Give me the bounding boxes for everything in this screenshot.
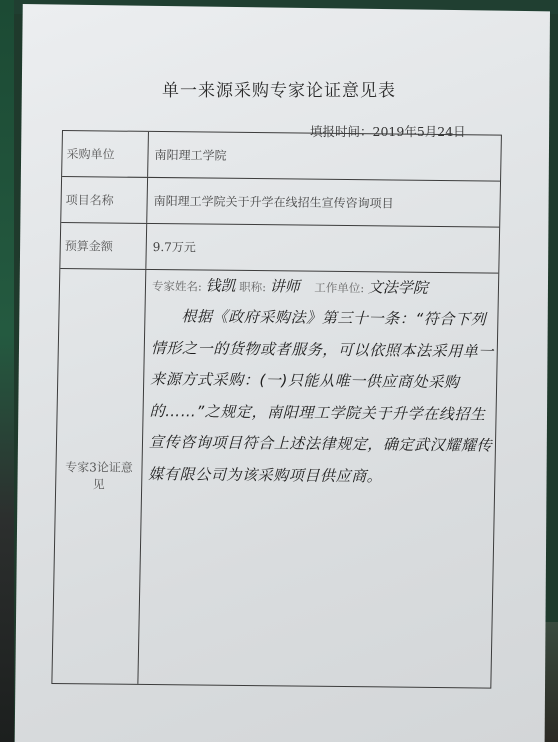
expert-name: 钱凯 [205,277,235,295]
purchasing-unit-label: 采购单位 [62,131,149,177]
expert-title-label: 职称: [239,280,266,294]
work-unit-label: 工作单位: [314,281,364,296]
expert-name-label: 专家姓名: [152,279,202,294]
row-budget: 预算金额 9.7万元 [60,223,499,274]
row-project-name: 项目名称 南阳理工学院关于升学在线招生宣传咨询项目 [61,177,500,228]
handwritten-opinion: 根据《政府采购法》第三十一条：“符合下列情形之一的货物或者服务，可以依照本法采用… [148,301,497,494]
photo-background-left [0,0,14,742]
purchasing-unit-value: 南阳理工学院 [148,132,501,181]
budget-value: 9.7万元 [146,224,499,273]
expert-info-line: 专家姓名: 钱凯 职称: 讲师 工作单位: 文法学院 [152,274,492,299]
row-expert-opinion: 专家3论证意见 专家姓名: 钱凯 职称: 讲师 工作单位: 文法学院 根据《政府… [52,269,498,688]
budget-label: 预算金额 [60,223,147,269]
opinion-form-table: 采购单位 南阳理工学院 项目名称 南阳理工学院关于升学在线招生宣传咨询项目 预算… [51,130,502,689]
work-unit-value: 文法学院 [368,278,428,297]
row-purchasing-unit: 采购单位 南阳理工学院 [62,131,501,182]
project-name-label: 项目名称 [61,177,148,223]
project-name-value: 南阳理工学院关于升学在线招生宣传咨询项目 [147,178,500,227]
document-title: 单一来源采购专家论证意见表 [0,76,558,101]
expert-title: 讲师 [270,277,300,295]
expert-opinion-cell: 专家姓名: 钱凯 职称: 讲师 工作单位: 文法学院 根据《政府采购法》第三十一… [138,270,498,692]
expert-opinion-label: 专家3论证意见 [52,269,146,684]
